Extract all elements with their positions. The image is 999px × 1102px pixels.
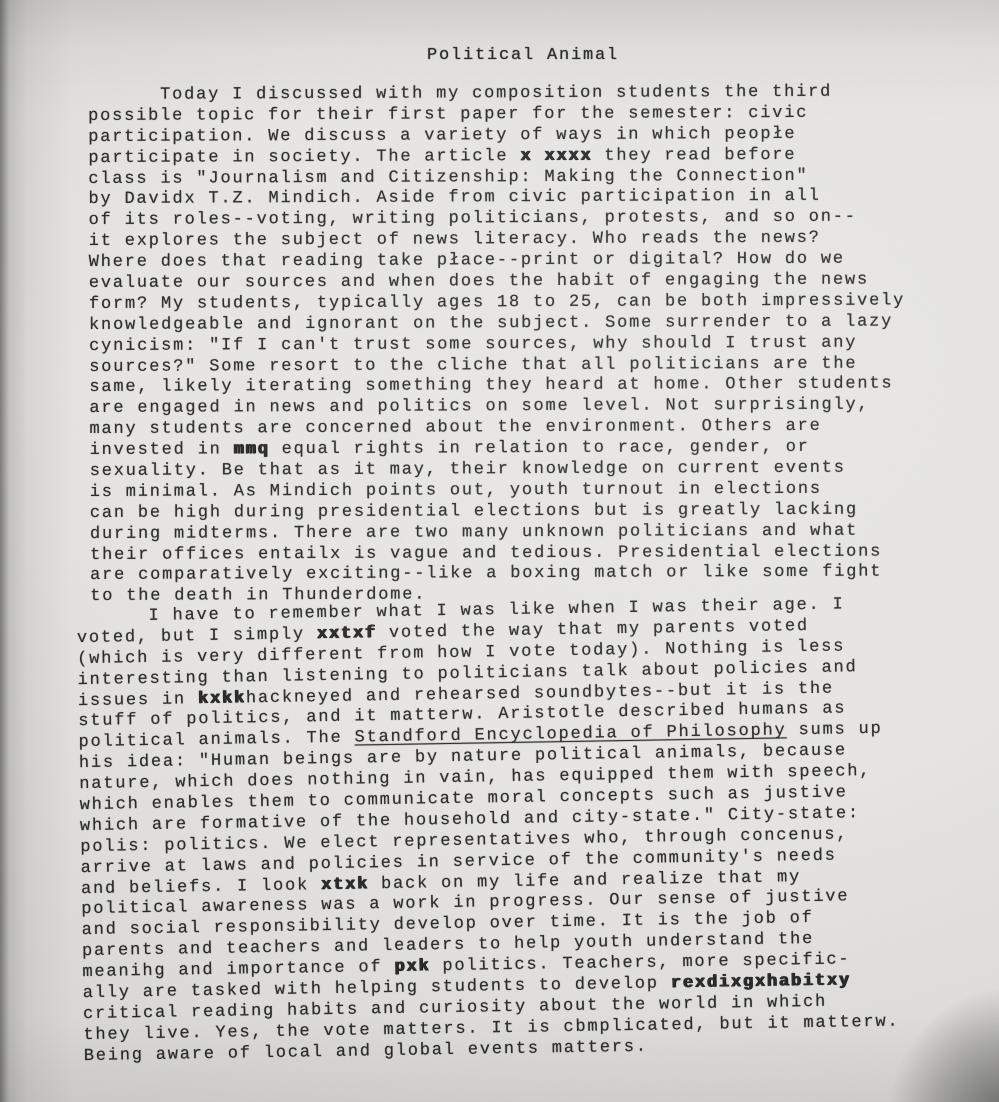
text-segment: they read before <box>592 146 796 166</box>
typewritten-text: Today I discussed with my composition st… <box>88 86 904 1068</box>
paragraph: Today I discussed with my composition st… <box>88 82 906 608</box>
text-segment: issues in <box>78 690 198 711</box>
text-segment: political animals. The <box>78 729 354 753</box>
text-segment: Today I discussed with my composition st… <box>88 83 832 105</box>
text-segment: cynicism: "If I can't trust some sources… <box>89 333 857 355</box>
struck-out-text: rexdixgxhabitxy <box>671 972 851 994</box>
text-segment: sexuality. Be that as it may, their know… <box>90 459 846 481</box>
document-page: Political Animal Today I discussed with … <box>0 0 999 1102</box>
text-segment: Where does that reading take płace--prin… <box>89 250 845 272</box>
text-segment: possible topic for their first paper for… <box>88 104 808 126</box>
text-segment: many students are concerned about the en… <box>89 417 821 439</box>
text-segment: voted, but I simply <box>77 625 317 648</box>
text-segment: are engaged in news and politics on some… <box>89 396 869 418</box>
text-segment: participation. We discuss a variety of w… <box>88 125 796 147</box>
text-segment: knowledgeable and ignorant on the subjec… <box>89 312 893 335</box>
struck-out-text: pxk <box>394 958 430 978</box>
struck-out-text: mmq <box>234 440 270 459</box>
text-segment: equal rights in relation to race, gender… <box>270 438 810 459</box>
text-segment: of its roles--voting, writing politician… <box>89 208 857 230</box>
struck-out-text: xtxk <box>321 875 369 895</box>
text-segment: is minimal. As Mindich points out, youth… <box>90 480 822 502</box>
text-line: are comparatively exciting--like a boxin… <box>90 563 906 587</box>
text-segment: participate in society. The article <box>88 147 520 168</box>
text-segment: during midterms. There are two many unkn… <box>90 521 858 543</box>
text-segment: and beliefs. I look <box>81 876 321 899</box>
text-segment: form? My students, typically ages 18 to … <box>89 291 905 314</box>
text-segment: invested in <box>90 441 234 461</box>
struck-out-text: x xxxx <box>520 146 592 165</box>
struck-out-text: xxtxf <box>317 624 377 644</box>
text-segment: it explores the subject of news literacy… <box>89 229 821 251</box>
text-segment: sums up <box>786 720 882 741</box>
text-segment: evaluate our sources and when does the h… <box>89 271 869 293</box>
paragraph: I have to remember what I was like when … <box>76 595 900 1068</box>
struck-out-text: kxkk <box>198 689 246 709</box>
text-segment: are comparatively exciting--like a boxin… <box>90 563 882 585</box>
text-segment: sources?" Some resort to the cliche that… <box>89 354 857 376</box>
text-segment: can be high during presidential election… <box>90 500 858 522</box>
document-title: Political Animal <box>427 46 619 65</box>
text-segment: class is "Journalism and Citizenship: Ma… <box>88 166 808 188</box>
text-segment: same, likely iterating something they he… <box>89 375 893 398</box>
text-segment: by Davidx T.Z. Mindich. Aside from civic… <box>88 187 820 209</box>
text-segment: their offices entailx is vague and tedio… <box>90 542 882 564</box>
